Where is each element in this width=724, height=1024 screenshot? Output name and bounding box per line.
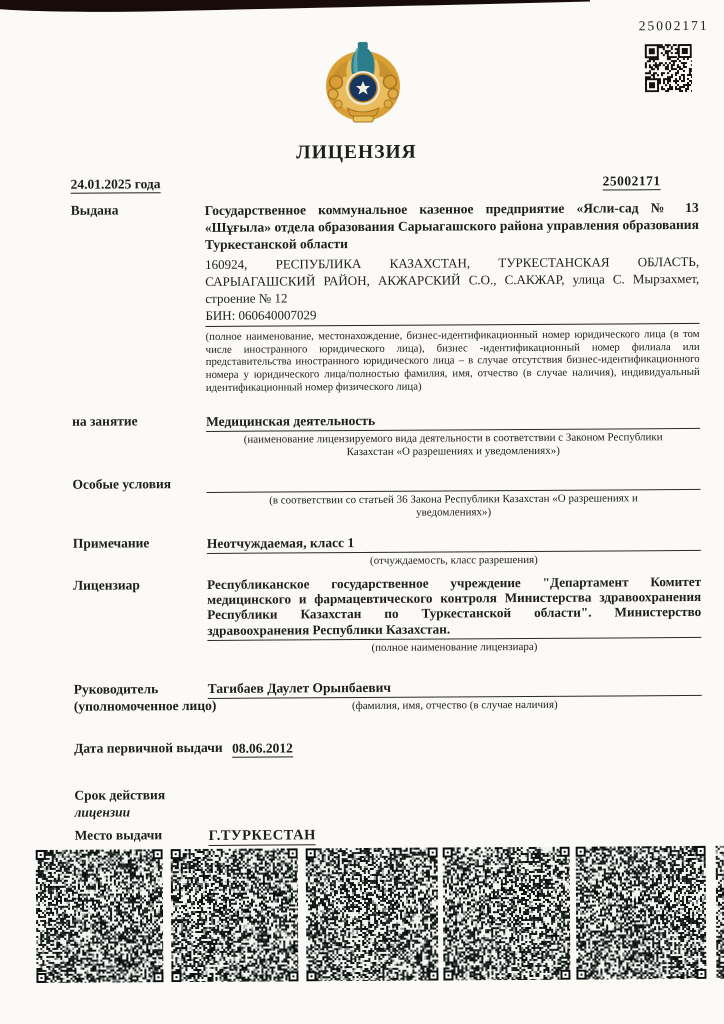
special-conditions-caption: (в соответствии со статьей 36 Закона Рес… <box>244 492 664 521</box>
activity-caption: (наименование лицензируемого вида деятел… <box>230 431 676 460</box>
note-caption: (отчуждаемость, класс разрешения) <box>207 553 701 569</box>
validity-value-empty <box>208 783 702 786</box>
security-pattern-block <box>443 847 571 981</box>
document-title: ЛИЦЕНЗИЯ <box>0 140 714 166</box>
head-label-line2: (уполномоченное лицо) <box>74 697 208 715</box>
serial-number-top: 25002171 <box>639 18 709 34</box>
head-label: Руководитель (уполномоченное лицо) <box>74 680 208 715</box>
licensor-value: Республиканское государственное учрежден… <box>207 574 701 641</box>
section-special-conditions: Особые условия (в соответствии со статье… <box>72 473 700 522</box>
section-licensor: Лицензиар Республиканское государственно… <box>73 574 701 657</box>
license-document: 25002171 ЛИЦЕНЗИЯ 24.01.2 <box>0 0 724 1024</box>
head-label-line1: Руководитель <box>74 680 208 698</box>
special-conditions-label: Особые условия <box>72 476 206 493</box>
section-issued-to: Выдана Государственное коммунальное казе… <box>71 199 700 396</box>
document-body: 24.01.2025 года 25002171 Выдана Государс… <box>71 174 704 984</box>
activity-label: на занятие <box>72 413 206 430</box>
issue-place-label: Место выдачи <box>75 827 209 844</box>
section-activity: на занятие Медицинская деятельность (наи… <box>72 410 700 461</box>
licensor-label: Лицензиар <box>73 577 207 594</box>
serial-number: 25002171 <box>603 174 661 190</box>
note-label: Примечание <box>73 535 207 552</box>
licensee-name: Государственное коммунальное казенное пр… <box>205 199 699 253</box>
security-pattern-row <box>36 846 724 984</box>
security-pattern-block <box>306 848 439 982</box>
licensee-bin: БИН: 060640007029 <box>205 304 699 324</box>
issued-to-label: Выдана <box>71 202 205 219</box>
security-pattern-block <box>576 846 707 980</box>
head-caption: (фамилия, имя, отчество (в случае наличи… <box>208 698 702 714</box>
security-pattern-block-cut <box>716 846 724 979</box>
section-head: Руководитель (уполномоченное лицо) Тагиб… <box>74 677 702 715</box>
security-pattern-block <box>36 849 164 983</box>
validity-label-line2: лицензии <box>74 803 208 821</box>
section-first-issue: Дата первичной выдачи 08.06.2012 <box>74 737 702 759</box>
issue-place-value: Г.ТУРКЕСТАН <box>209 827 316 846</box>
security-pattern-block <box>171 848 299 982</box>
section-note: Примечание Неотчуждаемая, класс 1 (отчуж… <box>73 532 701 570</box>
note-value: Неотчуждаемая, класс 1 <box>207 535 354 551</box>
first-issue-label: Дата первичной выдачи <box>74 740 232 757</box>
issue-date: 24.01.2025 года <box>71 177 161 193</box>
head-value: Тагибаев Даулет Орынбаевич <box>208 680 391 696</box>
section-issue-place: Место выдачи Г.ТУРКЕСТАН <box>75 824 703 847</box>
first-issue-value: 08.06.2012 <box>232 739 293 757</box>
date-serial-row: 24.01.2025 года 25002171 <box>71 174 699 194</box>
licensee-address: 160924, РЕСПУБЛИКА КАЗАХСТАН, ТУРКЕСТАНС… <box>205 253 699 307</box>
qr-code-icon <box>645 44 692 92</box>
validity-label: Срок действия лицензии <box>74 786 208 821</box>
scan-edge-shadow <box>0 0 600 26</box>
activity-value: Медицинская деятельность <box>206 413 375 429</box>
kazakhstan-emblem-icon <box>317 38 410 129</box>
validity-label-line1: Срок действия <box>74 786 208 804</box>
section-validity: Срок действия лицензии <box>74 783 702 821</box>
scanned-sheet: 25002171 ЛИЦЕНЗИЯ 24.01.2 <box>0 0 724 1024</box>
issued-to-caption: (полное наименование, местонахождение, б… <box>205 323 699 395</box>
licensor-caption: (полное наименование лицензиара) <box>207 640 701 656</box>
